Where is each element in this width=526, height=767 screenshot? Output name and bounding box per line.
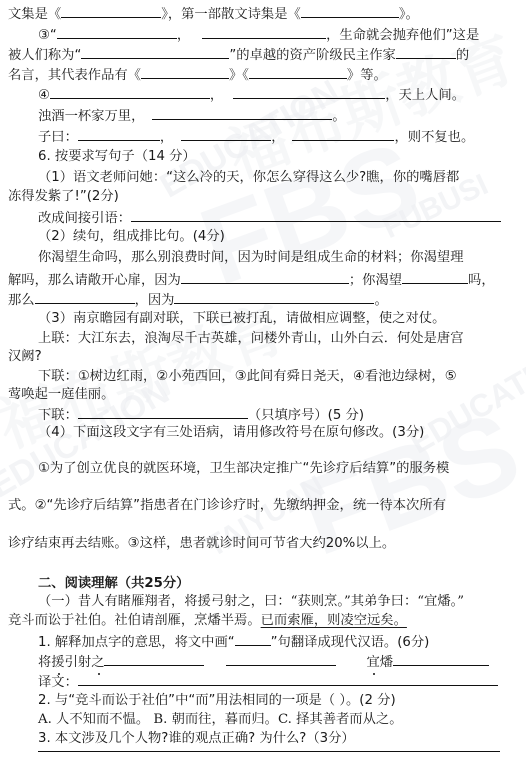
- answer-blank[interactable]: [61, 4, 161, 18]
- translation-blank[interactable]: [78, 672, 498, 686]
- answer-blank[interactable]: [181, 127, 271, 141]
- answer-blank[interactable]: [233, 85, 385, 99]
- q6-p4-title: （4）下面这段文字有三处语病，请用修改符号在原句修改。(3分): [38, 424, 424, 442]
- reading-q3: 3. 本文涉及几个人物?谁的观点正确? 为什么?（3分）: [38, 730, 355, 748]
- answer-blank[interactable]: [104, 652, 204, 666]
- answer-blank[interactable]: [292, 127, 394, 141]
- q6-p4-text2: 式。②“先诊疗后结算”指患者在门诊诊疗时，先缴纳押金，统一待本次所有: [8, 497, 446, 515]
- q6-p3-answer: 下联：（只填序号）(5 分): [38, 405, 364, 425]
- reading-q2-options: A. 人不知而不愠。 B. 朝而往，暮而归。C. 择其善者而从之。: [38, 711, 403, 729]
- answer-blank[interactable]: [174, 290, 374, 304]
- reading-q2: 2. 与“竞斗而讼于社伯”中“而”用法相同的一项是（ ）。(2 分): [38, 692, 396, 710]
- q6-p4-text1: ①为了创立优良的就医环境，卫生部决定推广“先诊疗后结算”的服务模: [38, 460, 449, 478]
- reading-section-title: 二、阅读理解（共25分）: [38, 575, 189, 593]
- answer-blank[interactable]: [141, 65, 229, 79]
- q6-p1-line2: 冻得发紫了!”(2分): [8, 188, 119, 206]
- fill-line-5: ④，，天上人间。: [38, 85, 465, 105]
- q6-p4-text3: 诊疗结束再去结账。③这样，患者就诊时间可节省大约20%以上。: [8, 535, 395, 553]
- fill-line-6: 浊酒一杯家万里，。: [38, 106, 346, 126]
- underlined-sentence: 已而索雁，则凌空远矣。: [261, 613, 407, 628]
- q6-p3-title: （3）南京瞻园有副对联，下联已被打乱，请做相应调整，使之对仗。: [38, 310, 445, 328]
- fill-line-1: 文集是《》，第一部散文诗集是《》。: [8, 4, 419, 24]
- answer-blank[interactable]: [78, 127, 160, 141]
- q6-p2-line1: 你渴望生命吗，那么别浪费时间，因为时间是组成生命的材料；你渴望理: [38, 249, 464, 267]
- answer-blank[interactable]: [396, 45, 456, 59]
- answer-blank[interactable]: [301, 4, 399, 18]
- answer-blank[interactable]: [57, 25, 177, 39]
- q6-p2-title: （2）续句，组成排比句。(4分): [38, 228, 225, 246]
- reading-q3-answer-line[interactable]: [38, 751, 500, 752]
- fill-line-4: 名言，其代表作品有《》《》等。: [8, 65, 387, 85]
- answer-blank[interactable]: [81, 45, 229, 59]
- q6-p3-upper1: 上联：大江东去，浪淘尽千古英雄，问楼外青山，山外白云．何处是唐宫: [38, 330, 464, 348]
- reading-q1-translation: 译文：: [38, 672, 498, 692]
- dotted-char: 之: [91, 655, 104, 670]
- q6-title: 6. 按要求写句子（14 分）: [38, 148, 196, 166]
- answer-blank[interactable]: [35, 290, 135, 304]
- reading-passage-line1: （一）昔人有睹雁翔者，将援弓射之，曰：“获则烹。”其弟争曰：“宜燔。”: [38, 593, 464, 611]
- q6-p2-line3: 那么，因为。: [8, 290, 388, 310]
- q6-p1-answer: 改成间接引语：: [38, 208, 501, 228]
- q6-p3-lower2: 莺唤起一庭佳丽。: [8, 386, 114, 404]
- reading-q1: 1. 解释加点字的意思，将文中画“”句翻译成现代汉语。(6分): [38, 632, 429, 652]
- q6-p1-line1: （1）语文老师问她：“这么冷的天，你怎么穿得这么少?瞧，你的嘴唇都: [38, 169, 459, 187]
- q6-p3-lower1: 下联：①树边红雨，②小苑西回，③此间有舜日尧天，④看池边绿树，⑤: [38, 368, 457, 386]
- fill-line-7: 子曰：，，，则不复也。: [38, 127, 474, 147]
- answer-blank[interactable]: [402, 270, 468, 284]
- reading-passage-line2: 竞斗而讼于社伯。社伯请剖雁，烹燔半焉。已而索雁，则凌空远矣。: [8, 612, 407, 630]
- q6-p2-line2: 解吗，那么请敞开心扉，因为；你渴望吗，: [8, 270, 495, 290]
- dotted-char: 援: [51, 655, 64, 670]
- dotted-char: 宜: [366, 655, 379, 670]
- answer-blank[interactable]: [249, 65, 347, 79]
- answer-blank[interactable]: [226, 652, 336, 666]
- answer-blank[interactable]: [202, 25, 326, 39]
- underline-sample: [235, 632, 271, 646]
- q6-p3-upper2: 汉阙?: [8, 348, 42, 366]
- answer-blank[interactable]: [78, 405, 248, 419]
- answer-blank[interactable]: [181, 270, 349, 284]
- fill-line-2: ③“，，生命就会抛弃他们”这是: [38, 25, 479, 45]
- reading-q1-words: 将援引射之宜燔: [38, 652, 489, 672]
- answer-blank[interactable]: [152, 106, 332, 120]
- answer-blank[interactable]: [393, 652, 489, 666]
- answer-blank[interactable]: [131, 208, 501, 222]
- answer-blank[interactable]: [50, 85, 210, 99]
- watermark-text: EDUCATION: [403, 336, 526, 462]
- fill-line-3: 被人们称为“”的卓越的资产阶级民主作家的: [8, 45, 469, 65]
